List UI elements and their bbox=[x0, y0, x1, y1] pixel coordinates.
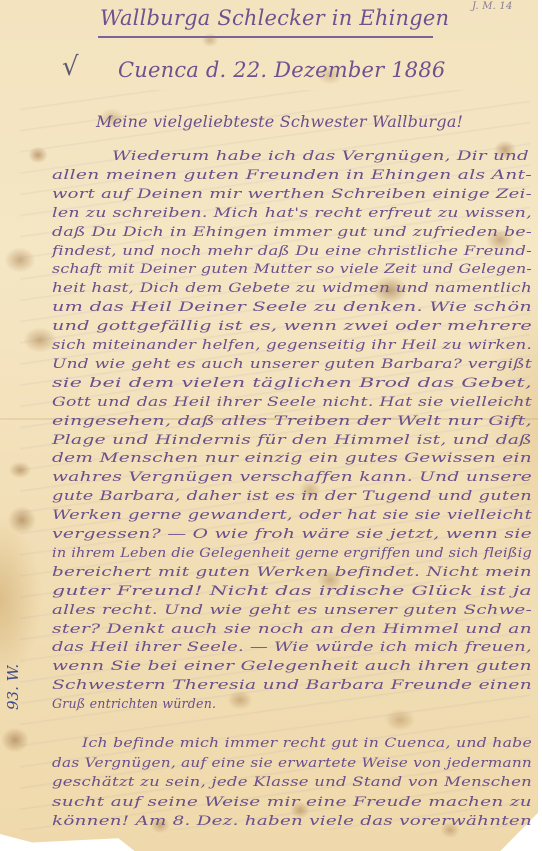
letter-line: um das Heil Deiner Seele zu denken. Wie … bbox=[52, 301, 532, 314]
letter-line: vergessen? — O wie froh wäre sie jetzt, … bbox=[52, 528, 532, 541]
letter-line: guter Freund! Nicht das irdische Glück i… bbox=[52, 585, 532, 598]
letter-line: allen meinen guten Freunden in Ehingen a… bbox=[52, 169, 532, 182]
letter-line: findest, und noch mehr daß Du eine chris… bbox=[52, 245, 532, 258]
letter-line: gute Barbara, daher ist es in der Tugend… bbox=[52, 490, 532, 503]
letter-line: Wiederum habe ich das Vergnügen, Dir und bbox=[112, 150, 529, 163]
margin-annotation: 93. W. bbox=[4, 664, 22, 710]
letter-line: und gottgefällig ist es, wenn zwei oder … bbox=[52, 320, 532, 333]
letter-line: wahres Vergnügen verschaffen kann. Und u… bbox=[52, 471, 532, 484]
letter-line: wenn Sie bei einer Gelegenheit auch ihre… bbox=[52, 660, 532, 673]
dateline: Cuenca d. 22. Dezember 1886 bbox=[118, 58, 445, 82]
address-line: Wallburga Schlecker in Ehingen bbox=[100, 6, 449, 30]
letter-line: len zu schreiben. Mich hat's recht erfre… bbox=[52, 207, 532, 220]
salutation: Meine vielgeliebteste Schwester Wallburg… bbox=[96, 112, 463, 131]
letter-line: Und wie geht es auch unserer guten Barba… bbox=[52, 358, 532, 371]
letter-line: bereichert mit guten Werken befindet. Ni… bbox=[52, 566, 532, 579]
letter-line: schaft mit Deiner guten Mutter so viele … bbox=[52, 263, 532, 276]
letter-line: Gruß entrichten würden. bbox=[52, 698, 216, 711]
archive-mark: J. M. 14 bbox=[472, 1, 513, 12]
letter-line: Schwestern Theresia und Barbara Freunde … bbox=[52, 679, 532, 692]
letter-line: alles recht. Und wie geht es unserer gut… bbox=[52, 604, 532, 617]
letter-line: dem Menschen nur einzig ein gutes Gewiss… bbox=[52, 452, 532, 465]
letter-line: können! Am 8. Dez. haben viele das vorer… bbox=[52, 815, 532, 828]
letter-line: heit hast, Dich dem Gebete zu widmen und… bbox=[52, 282, 532, 295]
letter-line: sich miteinander helfen, gegenseitig ihr… bbox=[52, 339, 532, 352]
letter-line: das Heil ihrer Seele. — Wie würde ich mi… bbox=[52, 641, 532, 654]
letter-line: sucht auf seine Weise mir eine Freude ma… bbox=[52, 796, 532, 809]
letter-line: in ihrem Leben die Gelegenheit gerne erg… bbox=[52, 547, 532, 560]
letter-line: das Vergnügen, auf eine sie erwartete We… bbox=[52, 757, 532, 770]
letter-line: sie bei dem vielen täglichen Brod das Ge… bbox=[52, 377, 532, 390]
letter-line: daß Du Dich in Ehingen immer gut und zuf… bbox=[52, 226, 532, 239]
letter-line: Gott und das Heil ihrer Seele nicht. Hat… bbox=[52, 396, 532, 409]
letter-line: ster? Denkt auch sie noch an den Himmel … bbox=[52, 623, 532, 636]
letter-line: Ich befinde mich immer recht gut in Cuen… bbox=[82, 737, 532, 750]
checkmark-icon: √ bbox=[62, 52, 79, 82]
letter-line: geschätzt zu sein, jede Klasse und Stand… bbox=[52, 776, 532, 789]
letter-line: Plage und Hindernis für den Himmel ist, … bbox=[52, 434, 532, 447]
address-underline bbox=[98, 36, 433, 38]
letter-line: eingesehen, daß alles Treiben der Welt n… bbox=[52, 415, 532, 428]
letter-line: Werken gerne gewandert, oder hat sie sie… bbox=[52, 509, 532, 522]
letter-line: wort auf Deinen mir werthen Schreiben ei… bbox=[52, 188, 532, 201]
